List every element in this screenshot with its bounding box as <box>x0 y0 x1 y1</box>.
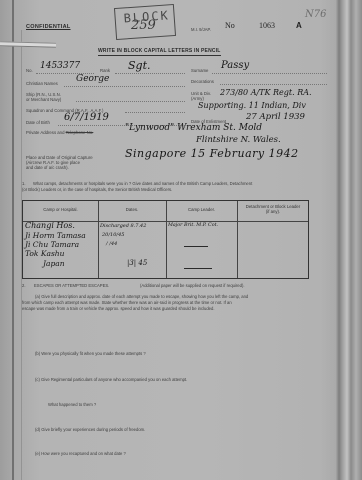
question-d: (d) Give briefly your experiences during… <box>35 427 145 433</box>
squadron-line <box>125 112 185 113</box>
question-b: (b) Were you physically fit when you mad… <box>35 351 146 357</box>
decorations-label: Decorations <box>191 79 214 84</box>
christian-names-line <box>64 86 185 87</box>
form-reference: M.I. 9/JAP. <box>191 27 211 32</box>
number-label: No <box>225 23 235 28</box>
question-a-line-2: from which camp each attempt was made. S… <box>22 300 232 306</box>
date-of-birth-value: 6/7/1919 <box>64 112 109 123</box>
column-divider <box>237 201 238 278</box>
date-of-birth-label: Date of Birth <box>26 120 50 125</box>
camp-entry: Changi Hos. <box>25 221 75 230</box>
camp-entry: Japan <box>43 259 65 268</box>
column-divider <box>98 201 99 278</box>
no-label: No. <box>26 68 33 73</box>
date-entry: 20/10/45 <box>102 232 124 238</box>
unit-value-1: 273/80 A/TK Regt. RA. <box>220 88 312 97</box>
question-e: (e) How were you recaptured and on what … <box>35 451 126 457</box>
date-of-enlistment-value: 27 April 1939 <box>246 112 305 122</box>
surname-value: Passy <box>221 60 249 71</box>
ship-line <box>76 101 185 102</box>
page-edge-stack <box>336 0 362 480</box>
question-c-follow-up: What happened to them ? <box>48 402 96 408</box>
section-2-title: ESCAPES OR ATTEMPTED ESCAPES. <box>34 283 109 289</box>
header-detachment-leader: Detachment or Block Leader (if any). <box>245 204 301 214</box>
capture-value: Singapore 15 February 1942 <box>125 147 299 160</box>
section-1-number: 1. <box>22 181 26 187</box>
date-entry: Discharged 8.7.42 <box>100 223 146 229</box>
christian-names-label: Christian Names <box>26 81 58 86</box>
section-2-note: (Additional paper will be supplied on re… <box>140 283 245 289</box>
private-address-value-2: Flintshire N. Wales. <box>196 135 281 145</box>
camp-leader-entry: Major Brit. M.P. Cot. <box>168 223 218 228</box>
form-letter: A <box>296 23 302 28</box>
decorations-line <box>220 84 327 85</box>
private-address-label-text: Private Address and <box>26 130 64 135</box>
surname-line <box>212 73 327 74</box>
form-heading: WRITE IN BLOCK CAPITAL LETTERS IN PENCIL <box>98 49 221 56</box>
unit-value-2: Supporting. 11 Indian, Div <box>198 101 306 110</box>
private-address-value-1: "Lynwood" Wrexham St. Mold <box>125 123 262 133</box>
rank-line <box>115 73 185 74</box>
section-1-question-line-2: (or Block) Leaders or, in the case of ho… <box>22 187 172 193</box>
camp-entry: Ji Chu Tamara <box>25 240 79 249</box>
section-2-number: 2. <box>22 283 26 289</box>
telephone-label-struck: Telephone No. <box>66 130 94 135</box>
date-entry: / /44 <box>106 241 117 247</box>
treasury-tag-string <box>0 41 56 47</box>
surname-label: Surname <box>191 68 208 73</box>
binding-fold <box>12 0 14 480</box>
camp-entry: Tok Kashu <box>25 249 64 258</box>
question-a-line-1: (a) Give full description and approx. da… <box>35 294 248 300</box>
christian-names-value: George <box>76 74 109 84</box>
section-1-question-line-1: What camps, detachments or hospitals wer… <box>33 181 252 187</box>
ditto-mark <box>184 246 208 247</box>
form-number: 1063 <box>259 23 275 28</box>
ship-label-2: or Merchant Navy) <box>26 97 61 102</box>
question-c: (c) Give Regimental particulars of anyon… <box>35 377 187 383</box>
date-entry: |3| 45 <box>127 259 147 267</box>
camp-entry: Ji Horm Tamasa <box>25 231 86 240</box>
private-address-label: Private Address and Telephone No. <box>26 130 93 135</box>
column-divider <box>166 201 167 278</box>
rank-label: Rank <box>100 68 110 73</box>
header-camp-leader: Camp Leader. <box>166 207 237 212</box>
capture-label-3: and date of a/c crash). <box>26 165 69 170</box>
camps-table: Camp or Hospital. Dates. Camp Leader. De… <box>22 200 309 279</box>
rank-value: Sgt. <box>128 59 151 72</box>
scanned-form-page: CONFIDENTIAL BLOCK 259 M.I. 9/JAP. No 10… <box>0 0 362 480</box>
block-stamp-number: 259 <box>131 18 156 33</box>
ditto-mark <box>184 268 212 269</box>
header-camp-or-hospital: Camp or Hospital. <box>23 207 98 212</box>
corner-annotation: N76 <box>305 9 326 20</box>
header-dates: Dates. <box>98 207 166 212</box>
service-number-value: 1453377 <box>40 61 80 71</box>
question-a-line-3: escape was made from a train or vehicle … <box>22 306 215 312</box>
classification-label: CONFIDENTIAL <box>26 25 71 30</box>
